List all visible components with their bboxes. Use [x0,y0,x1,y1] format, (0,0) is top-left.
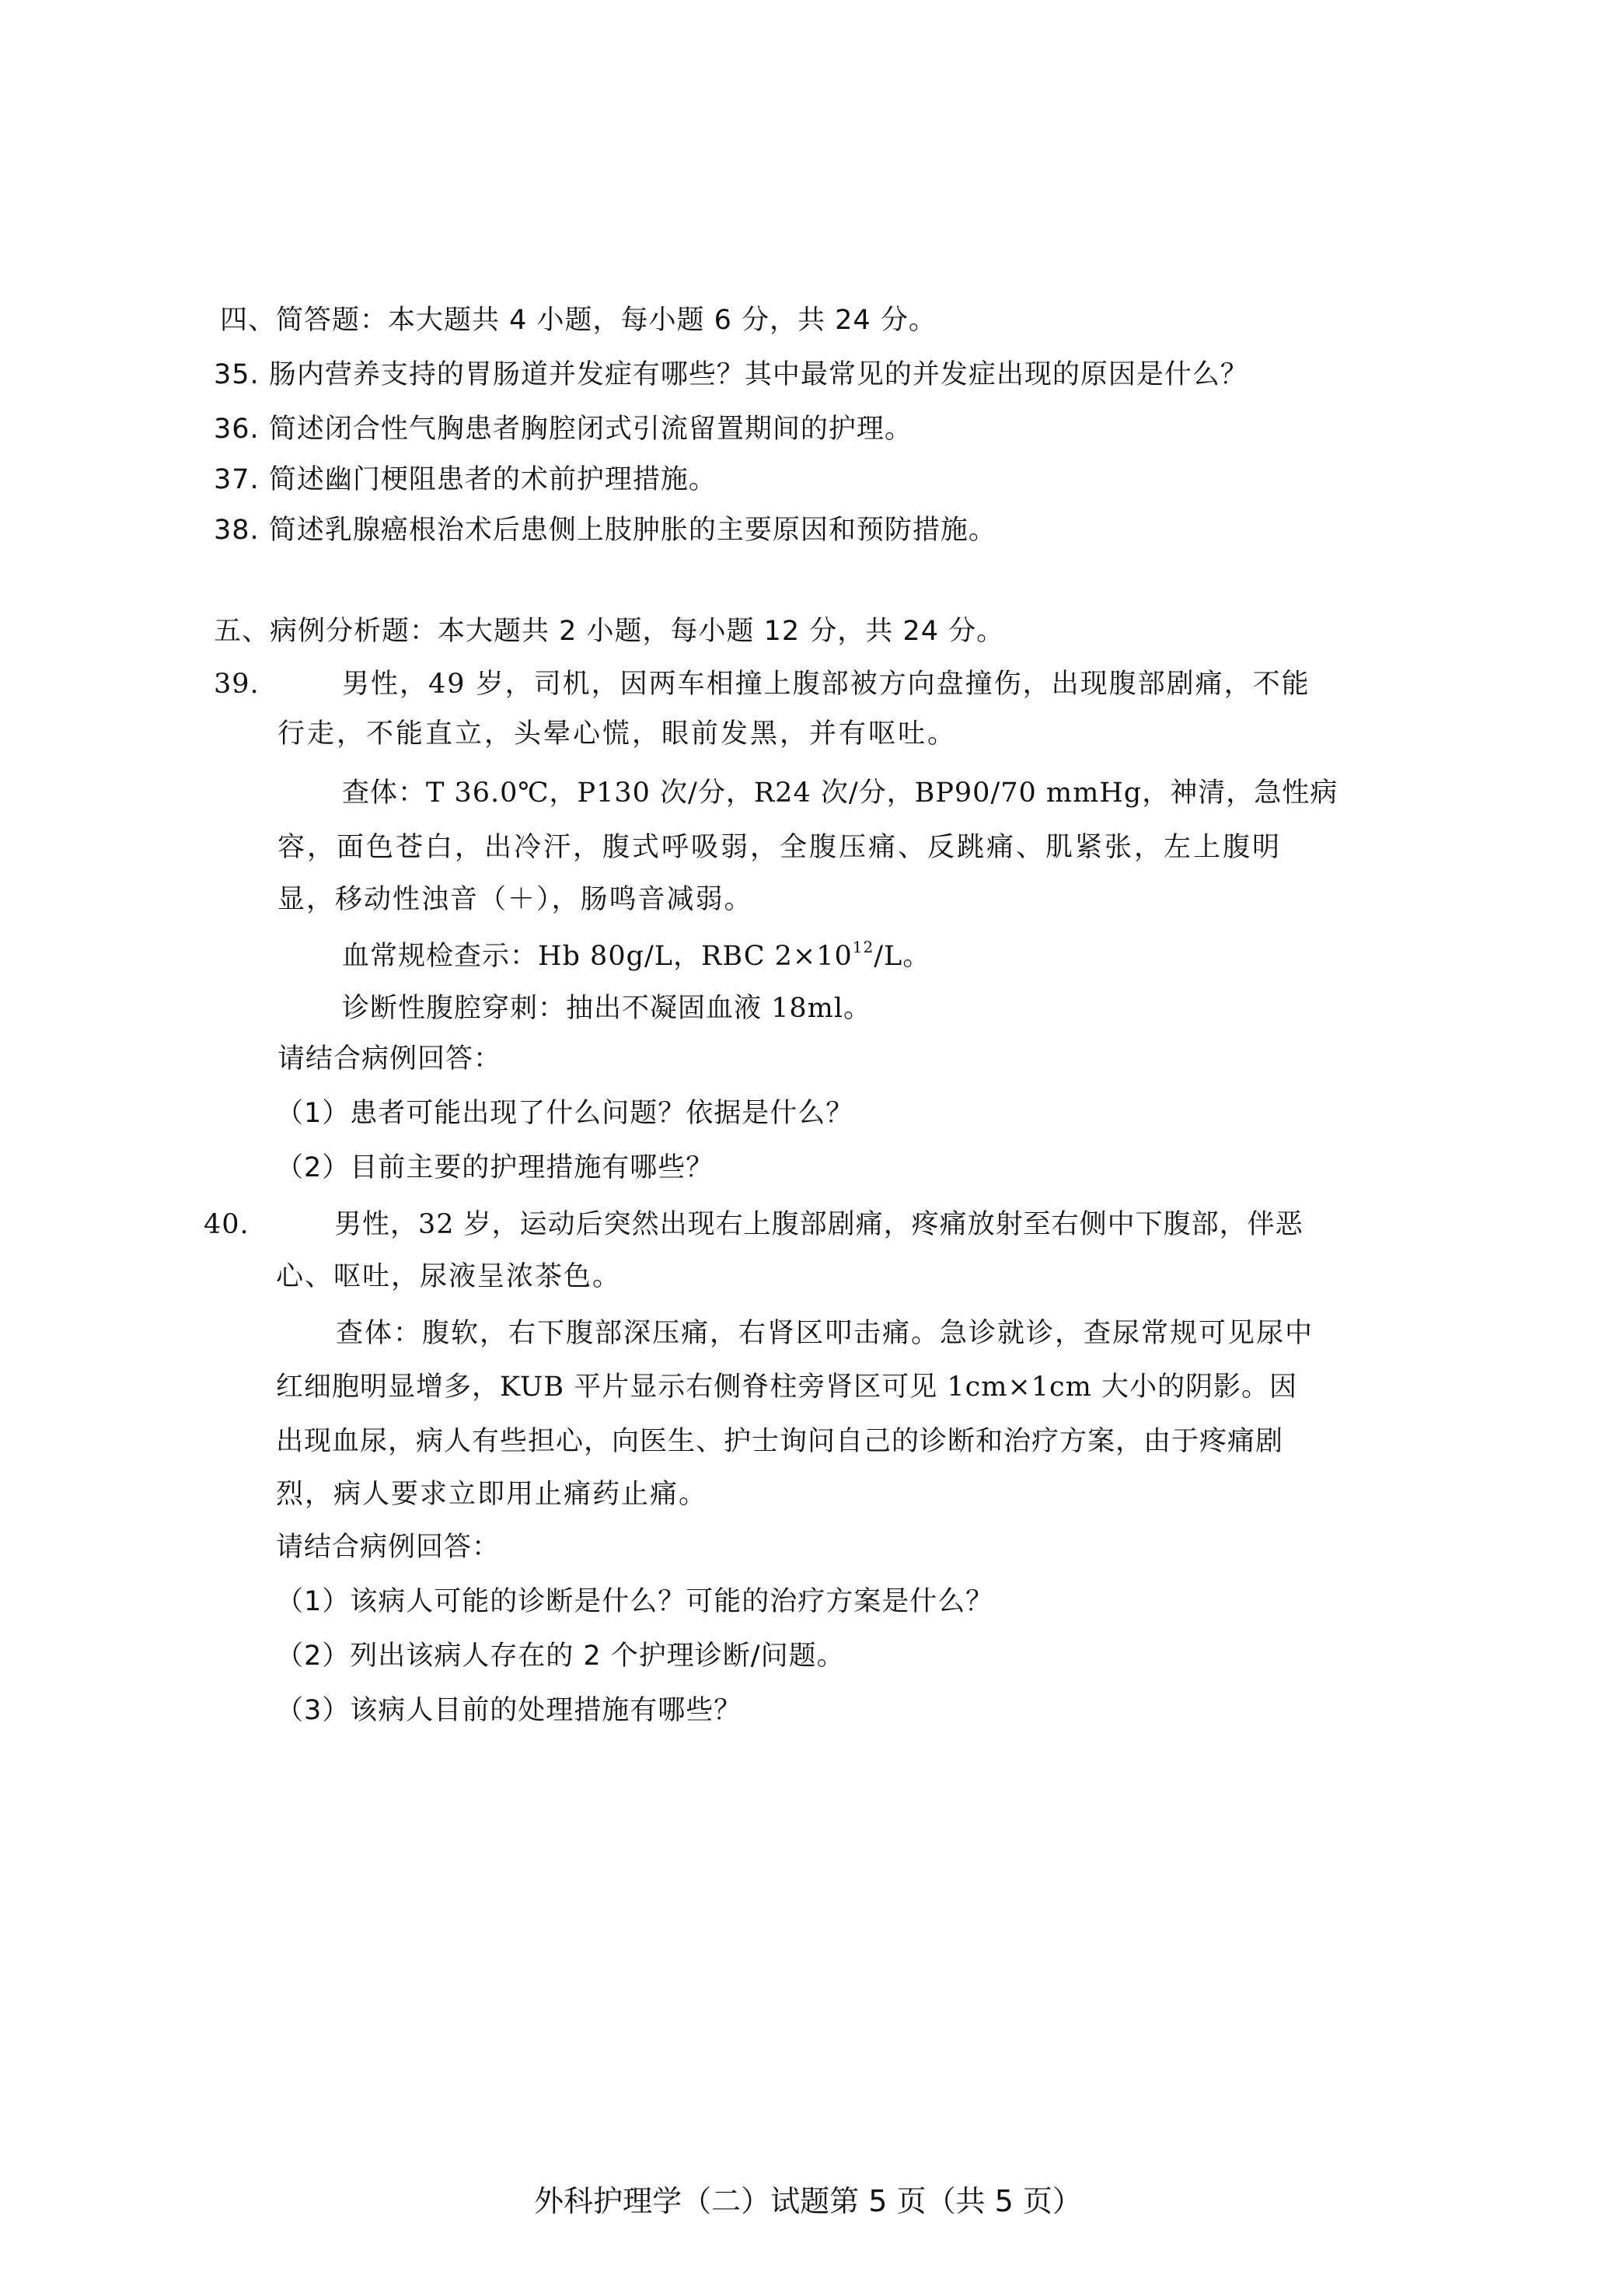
case-39-line-2: 行走，不能直立，头晕心慌，眼前发黑，并有呕吐。 [277,717,957,751]
question-35: 35. 肠内营养支持的胃肠道并发症有哪些？其中最常见的并发症出现的原因是什么？ [214,358,1248,392]
case-40-exam-line-2: 红细胞明显增多，KUB 平片显示右侧脊柱旁肾区可见 1cm×1cm 大小的阴影。… [276,1370,1297,1404]
case-39-exam-line-3: 显，移动性浊音（＋），肠鸣音减弱。 [277,882,753,917]
blood-test-exponent: 12 [853,938,874,956]
page-footer: 外科护理学（二）试题第 5 页（共 5 页） [0,2177,1616,2220]
case-40-exam-line-1: 查体：腹软，右下腹部深压痛，右肾区叩击痛。急诊就诊，查尿常规可见尿中 [336,1316,1314,1351]
question-36: 36. 简述闭合性气胸患者胸腔闭式引流留置期间的护理。 [214,412,913,446]
question-text: 简述闭合性气胸患者胸腔闭式引流留置期间的护理。 [269,414,913,445]
blood-test-unit: /L。 [874,941,930,972]
case-39-blood-test: 血常规检查示：Hb 80g/L，RBC 2×1012/L。 [342,939,930,973]
question-number: 37. [214,463,260,497]
case-39-line-1: 男性，49 岁，司机，因两车相撞上腹部被方向盘撞伤，出现腹部剧痛，不能 [342,667,1311,701]
question-number: 38. [214,513,260,547]
exam-page: 四、简答题：本大题共 4 小题，每小题 6 分，共 24 分。 35. 肠内营养… [0,0,1616,2296]
case-39-number: 39. [214,667,260,701]
case-40-ask-1: （1）该病人可能的诊断是什么？可能的治疗方案是什么？ [276,1585,993,1619]
case-40-ask-3: （3）该病人目前的处理措施有哪些？ [276,1693,742,1728]
case-40-line-2: 心、呕吐，尿液呈浓茶色。 [276,1260,621,1294]
case-40-ask-2: （2）列出该病人存在的 2 个护理诊断/问题。 [276,1639,845,1673]
case-40-prompt: 请结合病例回答： [276,1530,500,1564]
case-39-ask-2: （2）目前主要的护理措施有哪些？ [276,1151,714,1185]
case-40-number: 40. [204,1207,250,1242]
case-40-line-1: 男性，32 岁，运动后突然出现右上腹部剧痛，疼痛放射至右侧中下腹部，伴恶 [334,1207,1304,1242]
case-39-exam-line-1: 查体：T 36.0℃，P130 次/分，R24 次/分，BP90/70 mmHg… [342,776,1338,810]
case-39-prompt: 请结合病例回答： [277,1042,501,1076]
question-37: 37. 简述幽门梗阻患者的术前护理措施。 [214,463,717,497]
question-text: 简述幽门梗阻患者的术前护理措施。 [269,464,717,495]
question-number: 35. [214,358,260,392]
section-4-heading: 四、简答题：本大题共 4 小题，每小题 6 分，共 24 分。 [220,303,937,337]
case-39-ask-1: （1）患者可能出现了什么问题？依据是什么？ [276,1096,853,1131]
blood-test-text: 血常规检查示：Hb 80g/L，RBC 2×10 [342,941,853,972]
question-number: 36. [214,412,260,446]
case-39-puncture: 诊断性腹腔穿刺：抽出不凝固血液 18ml。 [342,991,871,1026]
case-39-exam-line-2: 容，面色苍白，出冷汗，腹式呼吸弱，全腹压痛、反跳痛、肌紧张，左上腹明 [277,830,1282,865]
case-40-exam-line-3: 出现血尿，病人有些担心，向医生、护士询问自己的诊断和治疗方案，由于疼痛剧 [276,1424,1283,1459]
section-5-heading: 五、病例分析题：本大题共 2 小题，每小题 12 分，共 24 分。 [214,614,1004,648]
question-text: 肠内营养支持的胃肠道并发症有哪些？其中最常见的并发症出现的原因是什么？ [269,359,1248,390]
case-40-exam-line-4: 烈，病人要求立即用止痛药止痛。 [276,1477,707,1511]
question-text: 简述乳腺癌根治术后患侧上肢肿胀的主要原因和预防措施。 [269,515,996,546]
question-38: 38. 简述乳腺癌根治术后患侧上肢肿胀的主要原因和预防措施。 [214,513,996,547]
